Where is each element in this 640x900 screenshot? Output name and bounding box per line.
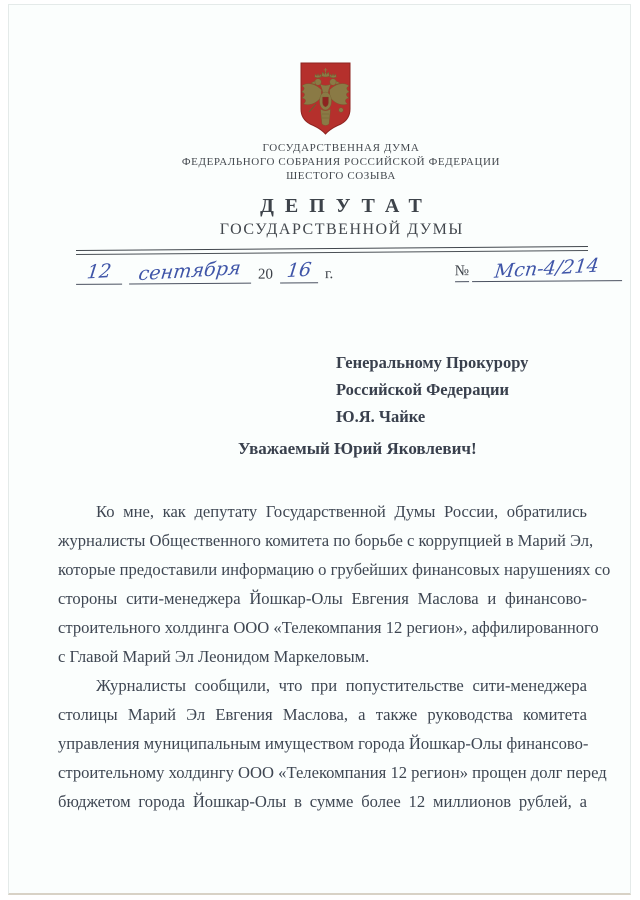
recipient-line: Российской Федерации: [336, 376, 528, 403]
recipient-block: Генеральному Прокурору Российской Федера…: [336, 349, 528, 430]
letterhead-divider: [76, 246, 588, 255]
coat-of-arms-of-russia-icon: [298, 61, 353, 137]
body-line: журналисты Общественного комитета по бор…: [58, 526, 587, 555]
date-day-handwritten: 12: [86, 260, 113, 283]
body-line: строительному холдингу ООО «Телекомпания…: [58, 758, 587, 787]
letterhead: ГОСУДАРСТВЕННАЯ ДУМА ФЕДЕРАЛЬНОГО СОБРАН…: [39, 141, 640, 239]
org-name-line1: ГОСУДАРСТВЕННАЯ ДУМА: [39, 141, 640, 155]
recipient-line: Генеральному Прокурору: [336, 349, 528, 376]
org-name-line2: ФЕДЕРАЛЬНОГО СОБРАНИЯ РОССИЙСКОЙ ФЕДЕРАЦ…: [39, 155, 640, 169]
document-number-handwritten: Мсп-4/214: [494, 255, 601, 283]
body-line: с Главой Марий Эл Леонидом Маркеловым.: [58, 642, 587, 671]
date-year-handwritten: 16: [286, 259, 313, 282]
body-line: столицы Марий Эл Евгения Маслова, а такж…: [58, 700, 587, 729]
body-line: Ко мне, как депутату Государственной Дум…: [58, 497, 587, 526]
scanned-letter-page: ГОСУДАРСТВЕННАЯ ДУМА ФЕДЕРАЛЬНОГО СОБРАН…: [8, 4, 631, 895]
salutation: Уважаемый Юрий Яковлевич!: [238, 439, 477, 459]
letter-body: Ко мне, как депутату Государственной Дум…: [58, 497, 587, 816]
date-month-field: сентября: [129, 260, 251, 285]
body-line: управления муниципальным имуществом горо…: [58, 729, 587, 758]
number-sign: №: [455, 263, 469, 282]
letterhead-title-deputy: ДЕПУТАТ: [39, 195, 640, 217]
body-line: строительного холдинга ООО «Телекомпания…: [58, 613, 587, 642]
org-name-line3: ШЕСТОГО СОЗЫВА: [39, 169, 640, 183]
date-group: 12 сентября 20 16 г.: [76, 259, 333, 285]
recipient-line: Ю.Я. Чайке: [336, 403, 528, 430]
body-line: Журналисты сообщили, что при попуститель…: [58, 671, 587, 700]
date-month-handwritten: сентября: [138, 257, 243, 285]
body-line: бюджетом города Йошкар-Олы в сумме более…: [58, 787, 587, 816]
date-day-field: 12: [76, 261, 122, 285]
body-line: которые предоставили информацию о грубей…: [58, 555, 587, 584]
paragraph: Ко мне, как депутату Государственной Дум…: [58, 497, 587, 671]
body-line: стороны сити-менеджера Йошкар-Олы Евгени…: [58, 584, 587, 613]
paragraph: Журналисты сообщили, что при попуститель…: [58, 671, 587, 816]
date-year-prefix: 20: [258, 267, 273, 284]
document-number-field: Мсп-4/214: [472, 257, 622, 282]
number-group: № Мсп-4/214: [455, 257, 622, 282]
reference-line: 12 сентября 20 16 г. № Мсп-4/214: [76, 257, 622, 285]
date-era-label: г.: [325, 266, 333, 283]
letterhead-title-duma: ГОСУДАРСТВЕННОЙ ДУМЫ: [39, 220, 640, 239]
date-year-field: 16: [280, 259, 318, 283]
